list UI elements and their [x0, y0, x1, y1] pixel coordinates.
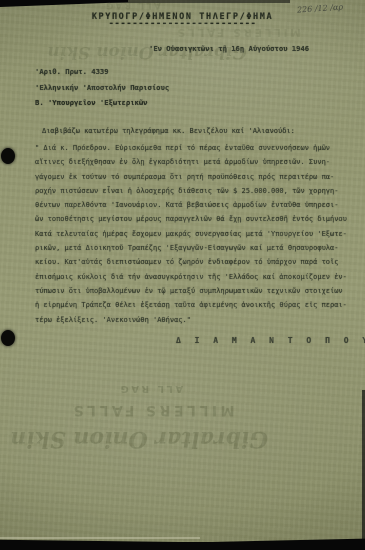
body-line: ροχήν πιστώσεων εἶναι ἡ ὁλοσχερής διάθεσ…: [35, 187, 357, 201]
paper-sheet: ALL RAG MILLERS FALLS Gibraltar Onion Sk…: [0, 0, 365, 542]
scanned-telegram-page: ALL RAG MILLERS FALLS Gibraltar Onion Sk…: [0, 0, 365, 550]
body-line: τέρω ἐξελίξεις. 'Ανεκοινώθη 'Αθήνας.": [35, 316, 357, 330]
body-line: ρικῶν, μετά Διοικητοῦ Τραπέζης 'Εξαγωγῶν…: [35, 244, 357, 258]
body-line: κείου. Κατ'αὐτάς διεπιστώσαμεν τό ζωηρόν…: [35, 258, 357, 272]
body-line: γάγομεν ἐκ τούτων τό συμπέρασμα ὅτι ρητή…: [35, 173, 357, 187]
body-line: " Διά κ. Πρόεδρον. Εὑρισκόμεθα περί τό π…: [35, 144, 357, 158]
telegram-body: " Διά κ. Πρόεδρον. Εὑρισκόμεθα περί τό π…: [35, 144, 357, 330]
watermark-all-rag-bottom: ALL RAG: [118, 383, 183, 394]
body-line: ῶν τοποθέτησις μεγίστου μέρους παραγγελι…: [35, 215, 357, 229]
watermark-millers-falls-bottom: MILLERS FALLS: [70, 402, 235, 418]
scan-edge-highlight: [0, 537, 200, 539]
recipient-foreign-ministry: Β. 'Υπουργεῖον 'Εξωτερικῶν: [35, 98, 148, 107]
signature-diamantopoulos: Δ Ι Α Μ Α Ν Τ Ο Π Ο Υ Λ Ο Σ: [176, 336, 365, 345]
body-line: Κατά τελευταίας ἡμέρας ἔσχομεν μακράς συ…: [35, 230, 357, 244]
body-line: ἐπισήμοις κύκλοις διά τήν ἀνασυγκρότησιν…: [35, 273, 357, 287]
body-intro-line: Διαβιβάζω κατωτέρω τηλεγράφημα κκ. Βενιζ…: [42, 127, 295, 135]
watermark-gibraltar-bottom: Gibraltar Onion Skin: [18, 426, 268, 452]
scan-edge-top-thin: [110, 0, 290, 3]
recipient-greek-delegation-paris: 'Ελληνικήν 'Αποστολήν Παρισίους: [35, 83, 169, 92]
body-line: τύπωσιν ὅτι ὑποβαλλομένων ἐν τῷ μεταξύ σ…: [35, 287, 357, 301]
header-underline: -------------------------: [0, 19, 365, 29]
punch-hole-top: [1, 148, 15, 164]
body-line: αἵτινες διεξήχθησαν ἐν ὅλῃ ἐγκαρδιότητι …: [35, 158, 357, 172]
body-line: ἡ εἰρημένη Τράπεζα θέλει ἐξετάσῃ ταῦτα ἀ…: [35, 301, 357, 315]
protocol-number: 'Αριθ. Πρωτ. 4339: [35, 67, 109, 76]
dateline: 'Εν Οὐασιγκτῶνι τῇ 16ῃ Αὐγούστου 1946: [149, 44, 309, 53]
body-line: θέντων παρελθόντα 'Ιανουάριον. Κατά βεβα…: [35, 201, 357, 215]
punch-hole-bottom: [1, 330, 15, 346]
